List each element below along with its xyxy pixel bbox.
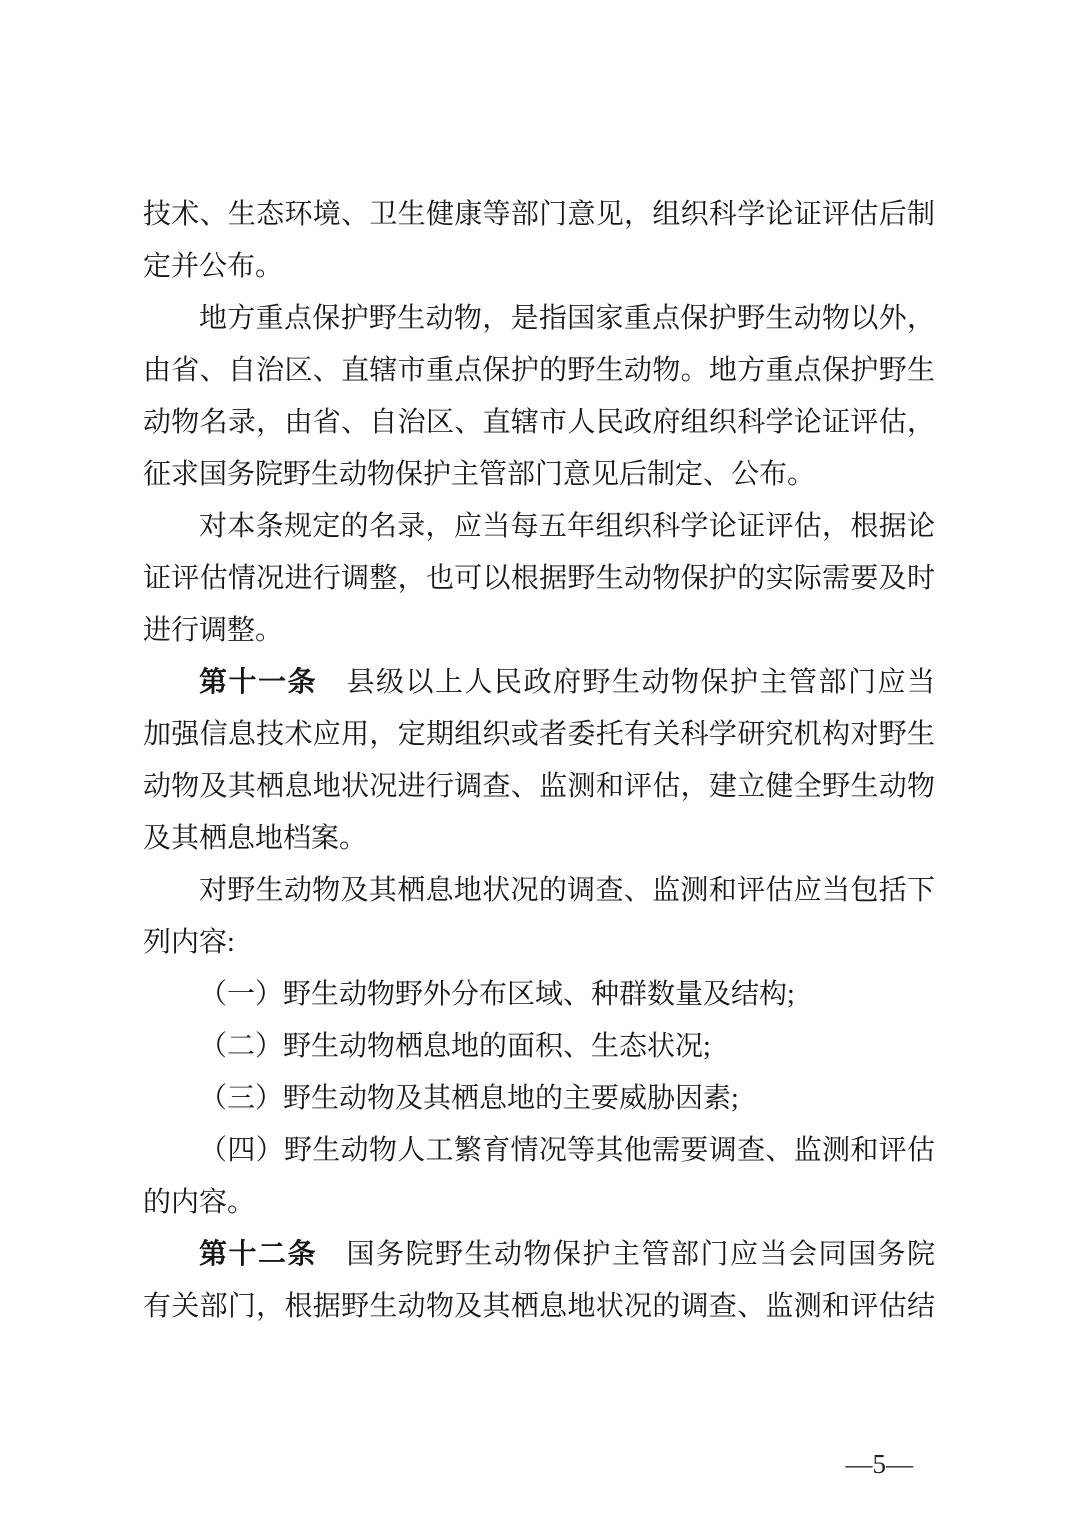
page-number: —5— — [846, 1448, 914, 1480]
text-run: 定并公布。 — [143, 251, 283, 282]
text-line: 对野生动物及其栖息地状况的调查、监测和评估应当包括下 — [143, 865, 935, 917]
text-run: 有关部门，根据野生动物及其栖息地状况的调查、监测和评估结 — [143, 1291, 935, 1322]
text-line: 由省、自治区、直辖市重点保护的野生动物。地方重点保护野生 — [143, 345, 935, 397]
text-run: 及其栖息地档案。 — [143, 823, 367, 854]
document-body: 技术、生态环境、卫生健康等部门意见，组织科学论证评估后制定并公布。地方重点保护野… — [143, 189, 935, 1333]
text-run: 地方重点保护野生动物，是指国家重点保护野生动物以外， — [199, 303, 935, 334]
text-run: 列内容: — [143, 927, 235, 958]
text-line: 的内容。 — [143, 1177, 935, 1229]
text-line: 第十二条 国务院野生动物保护主管部门应当会同国务院 — [143, 1229, 935, 1281]
text-line: 证评估情况进行调整，也可以根据野生动物保护的实际需要及时 — [143, 553, 935, 605]
text-run: 加强信息技术应用，定期组织或者委托有关科学研究机构对野生 — [143, 719, 935, 750]
text-line: 列内容: — [143, 917, 935, 969]
text-line: 定并公布。 — [143, 241, 935, 293]
text-run: 由省、自治区、直辖市重点保护的野生动物。地方重点保护野生 — [143, 355, 935, 386]
article-number: 第十一条 — [199, 667, 317, 698]
text-run: 的内容。 — [143, 1187, 255, 1218]
text-run: （一）野生动物野外分布区域、种群数量及结构; — [199, 979, 795, 1010]
text-run: 征求国务院野生动物保护主管部门意见后制定、公布。 — [143, 459, 815, 490]
text-line: 有关部门，根据野生动物及其栖息地状况的调查、监测和评估结 — [143, 1281, 935, 1333]
text-line: 技术、生态环境、卫生健康等部门意见，组织科学论证评估后制 — [143, 189, 935, 241]
document-page: 技术、生态环境、卫生健康等部门意见，组织科学论证评估后制定并公布。地方重点保护野… — [0, 0, 1074, 1520]
text-line: 进行调整。 — [143, 605, 935, 657]
text-run: 动物名录，由省、自治区、直辖市人民政府组织科学论证评估， — [143, 407, 935, 438]
text-run: 技术、生态环境、卫生健康等部门意见，组织科学论证评估后制 — [143, 199, 935, 230]
text-run: 县级以上人民政府野生动物保护主管部门应当 — [317, 667, 935, 698]
text-line: 动物名录，由省、自治区、直辖市人民政府组织科学论证评估， — [143, 397, 935, 449]
text-run: （四）野生动物人工繁育情况等其他需要调查、监测和评估 — [199, 1135, 935, 1166]
text-run: 对野生动物及其栖息地状况的调查、监测和评估应当包括下 — [199, 875, 935, 906]
text-run: （二）野生动物栖息地的面积、生态状况; — [199, 1031, 711, 1062]
text-run: （三）野生动物及其栖息地的主要威胁因素; — [199, 1083, 739, 1114]
text-line: 征求国务院野生动物保护主管部门意见后制定、公布。 — [143, 449, 935, 501]
text-run: 进行调整。 — [143, 615, 283, 646]
article-number: 第十二条 — [199, 1239, 317, 1270]
text-run: 动物及其栖息地状况进行调查、监测和评估，建立健全野生动物 — [143, 771, 935, 802]
text-run: 对本条规定的名录，应当每五年组织科学论证评估，根据论 — [199, 511, 935, 542]
text-run: 证评估情况进行调整，也可以根据野生动物保护的实际需要及时 — [143, 563, 935, 594]
text-line: （四）野生动物人工繁育情况等其他需要调查、监测和评估 — [143, 1125, 935, 1177]
text-line: 第十一条 县级以上人民政府野生动物保护主管部门应当 — [143, 657, 935, 709]
text-line: 动物及其栖息地状况进行调查、监测和评估，建立健全野生动物 — [143, 761, 935, 813]
text-line: （三）野生动物及其栖息地的主要威胁因素; — [143, 1073, 935, 1125]
text-line: （一）野生动物野外分布区域、种群数量及结构; — [143, 969, 935, 1021]
text-run: 国务院野生动物保护主管部门应当会同国务院 — [317, 1239, 935, 1270]
text-line: 地方重点保护野生动物，是指国家重点保护野生动物以外， — [143, 293, 935, 345]
text-line: （二）野生动物栖息地的面积、生态状况; — [143, 1021, 935, 1073]
text-line: 加强信息技术应用，定期组织或者委托有关科学研究机构对野生 — [143, 709, 935, 761]
text-line: 对本条规定的名录，应当每五年组织科学论证评估，根据论 — [143, 501, 935, 553]
text-line: 及其栖息地档案。 — [143, 813, 935, 865]
